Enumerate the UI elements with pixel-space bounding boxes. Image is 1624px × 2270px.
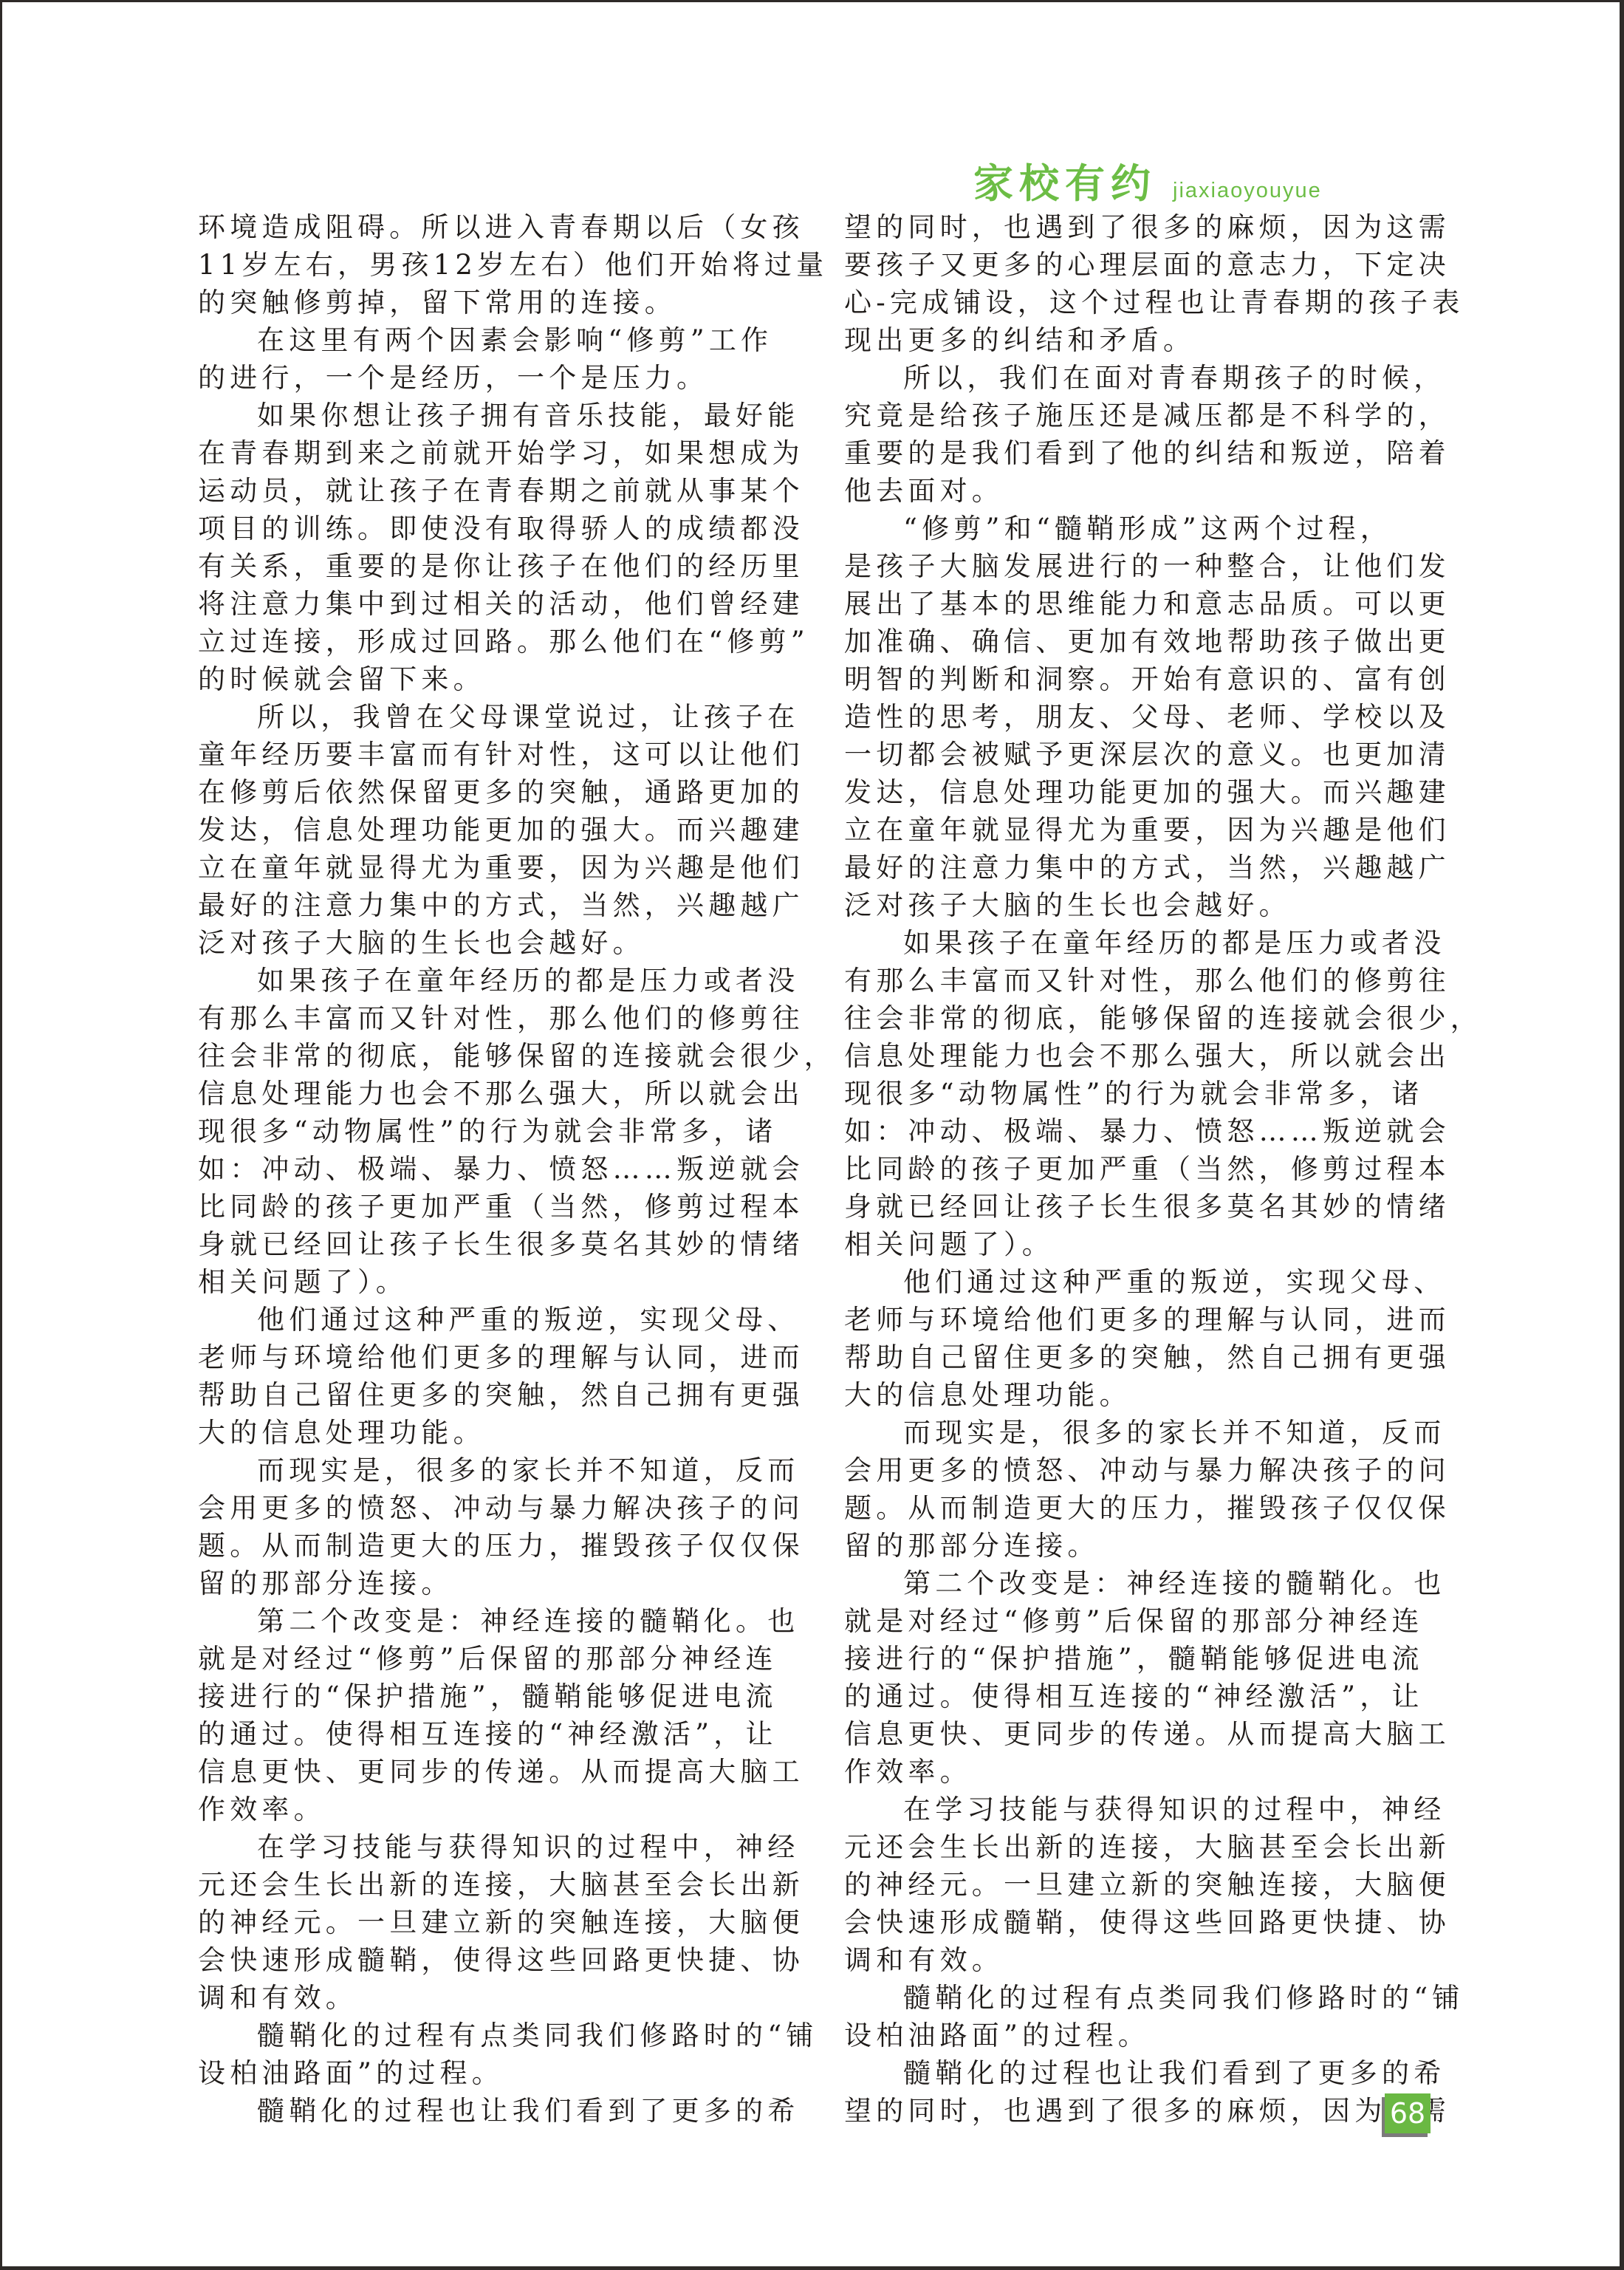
text-line: 的神经元。一旦建立新的突触连接，大脑便 <box>198 1904 778 1941</box>
text-line: 大的信息处理功能。 <box>844 1376 1425 1414</box>
section-title-pinyin: jiaxiaoyouyue <box>1173 179 1322 203</box>
text-line: 髓鞘化的过程有点类同我们修路时的“铺 <box>198 2017 778 2054</box>
text-line: 设柏油路面”的过程。 <box>844 2017 1425 2054</box>
text-line: 明智的判断和洞察。开始有意识的、富有创 <box>844 660 1425 698</box>
text-line: 帮助自己留住更多的突触，然自己拥有更强 <box>198 1376 778 1414</box>
text-line: 身就已经回让孩子长生很多莫名其妙的情绪 <box>198 1225 778 1263</box>
text-line: 第二个改变是：神经连接的髓鞘化。也 <box>844 1565 1425 1602</box>
text-line: 现很多“动物属性”的行为就会非常多，诸 <box>844 1075 1425 1112</box>
text-line: 在修剪后依然保留更多的突触，通路更加的 <box>198 773 778 811</box>
text-line: 会用更多的愤怒、冲动与暴力解决孩子的问 <box>844 1452 1425 1489</box>
text-line: 髓鞘化的过程也让我们看到了更多的希 <box>844 2054 1425 2092</box>
text-line: 髓鞘化的过程也让我们看到了更多的希 <box>198 2092 778 2130</box>
text-line: 他们通过这种严重的叛逆，实现父母、 <box>844 1263 1425 1301</box>
text-line: 如果孩子在童年经历的都是压力或者没 <box>844 924 1425 962</box>
text-line: 的突触修剪掉，留下常用的连接。 <box>198 284 778 321</box>
text-line: 的进行，一个是经历，一个是压力。 <box>198 359 778 397</box>
text-line: 望的同时，也遇到了很多的麻烦，因为这需 <box>844 208 1425 246</box>
text-line: 相关问题了）。 <box>198 1263 778 1301</box>
page-number-badge: 68 <box>1385 2093 1431 2133</box>
text-line: “修剪”和“髓鞘形成”这两个过程， <box>844 510 1425 547</box>
text-line: 会快速形成髓鞘，使得这些回路更快捷、协 <box>844 1904 1425 1941</box>
text-line: 信息处理能力也会不那么强大，所以就会出 <box>198 1075 778 1112</box>
text-line: 造性的思考，朋友、父母、老师、学校以及 <box>844 698 1425 736</box>
text-line: 加准确、确信、更加有效地帮助孩子做出更 <box>844 623 1425 660</box>
article-column-right: 望的同时，也遇到了很多的麻烦，因为这需要孩子又更多的心理层面的意志力，下定决心-… <box>844 208 1425 2130</box>
section-header: 家校有约 jiaxiaoyouyue <box>973 152 1322 209</box>
text-line: 如果你想让孩子拥有音乐技能，最好能 <box>198 397 778 434</box>
text-line: 最好的注意力集中的方式，当然，兴趣越广 <box>844 849 1425 886</box>
text-line: 而现实是，很多的家长并不知道，反而 <box>844 1414 1425 1452</box>
text-line: 信息更快、更同步的传递。从而提高大脑工 <box>198 1753 778 1791</box>
text-line: 留的那部分连接。 <box>198 1565 778 1602</box>
text-line: 老师与环境给他们更多的理解与认同，进而 <box>844 1301 1425 1339</box>
text-line: 的时候就会留下来。 <box>198 660 778 698</box>
text-line: 的通过。使得相互连接的“神经激活”，让 <box>844 1678 1425 1715</box>
text-line: 往会非常的彻底，能够保留的连接就会很少， <box>844 999 1425 1037</box>
text-line: 发达，信息处理功能更加的强大。而兴趣建 <box>844 773 1425 811</box>
text-line: 的通过。使得相互连接的“神经激活”，让 <box>198 1715 778 1753</box>
text-line: 现很多“动物属性”的行为就会非常多，诸 <box>198 1112 778 1150</box>
text-line: 所以，我们在面对青春期孩子的时候， <box>844 359 1425 397</box>
text-line: 立在童年就显得尤为重要，因为兴趣是他们 <box>198 849 778 886</box>
text-line: 往会非常的彻底，能够保留的连接就会很少， <box>198 1037 778 1075</box>
section-title: 家校有约 <box>973 152 1157 209</box>
text-line: 在青春期到来之前就开始学习，如果想成为 <box>198 434 778 472</box>
text-line: 比同龄的孩子更加严重（当然，修剪过程本 <box>198 1188 778 1225</box>
text-line: 髓鞘化的过程有点类同我们修路时的“铺 <box>844 1979 1425 2017</box>
text-line: 会用更多的愤怒、冲动与暴力解决孩子的问 <box>198 1489 778 1527</box>
text-line: 一切都会被赋予更深层次的意义。也更加清 <box>844 736 1425 773</box>
text-line: 留的那部分连接。 <box>844 1527 1425 1565</box>
text-line: 如：冲动、极端、暴力、愤怒……叛逆就会 <box>844 1112 1425 1150</box>
text-line: 泛对孩子大脑的生长也会越好。 <box>844 886 1425 924</box>
text-line: 作效率。 <box>198 1791 778 1828</box>
text-line: 信息处理能力也会不那么强大，所以就会出 <box>844 1037 1425 1075</box>
text-line: 望的同时，也遇到了很多的麻烦，因为这需 <box>844 2092 1425 2130</box>
text-line: 设柏油路面”的过程。 <box>198 2054 778 2092</box>
text-line: 立过连接，形成过回路。那么他们在“修剪” <box>198 623 778 660</box>
text-line: 心-完成铺设，这个过程也让青春期的孩子表 <box>844 284 1425 321</box>
text-line: 会快速形成髓鞘，使得这些回路更快捷、协 <box>198 1941 778 1979</box>
text-line: 立在童年就显得尤为重要，因为兴趣是他们 <box>844 811 1425 849</box>
text-line: 老师与环境给他们更多的理解与认同，进而 <box>198 1339 778 1376</box>
text-line: 元还会生长出新的连接，大脑甚至会长出新 <box>198 1866 778 1904</box>
text-line: 第二个改变是：神经连接的髓鞘化。也 <box>198 1602 778 1640</box>
text-line: 题。从而制造更大的压力，摧毁孩子仅仅保 <box>198 1527 778 1565</box>
text-line: 调和有效。 <box>844 1941 1425 1979</box>
text-line: 而现实是，很多的家长并不知道，反而 <box>198 1452 778 1489</box>
text-line: 有关系，重要的是你让孩子在他们的经历里 <box>198 547 778 585</box>
text-line: 信息更快、更同步的传递。从而提高大脑工 <box>844 1715 1425 1753</box>
text-line: 接进行的“保护措施”，髓鞘能够促进电流 <box>844 1640 1425 1678</box>
text-line: 如果孩子在童年经历的都是压力或者没 <box>198 962 778 999</box>
text-line: 如：冲动、极端、暴力、愤怒……叛逆就会 <box>198 1150 778 1188</box>
text-line: 所以，我曾在父母课堂说过，让孩子在 <box>198 698 778 736</box>
text-line: 运动员，就让孩子在青春期之前就从事某个 <box>198 472 778 510</box>
text-line: 童年经历要丰富而有针对性，这可以让他们 <box>198 736 778 773</box>
text-line: 将注意力集中到过相关的活动，他们曾经建 <box>198 585 778 623</box>
text-line: 是孩子大脑发展进行的一种整合，让他们发 <box>844 547 1425 585</box>
text-line: 究竟是给孩子施压还是减压都是不科学的， <box>844 397 1425 434</box>
text-line: 环境造成阻碍。所以进入青春期以后（女孩 <box>198 208 778 246</box>
text-line: 就是对经过“修剪”后保留的那部分神经连 <box>198 1640 778 1678</box>
text-line: 就是对经过“修剪”后保留的那部分神经连 <box>844 1602 1425 1640</box>
text-line: 展出了基本的思维能力和意志品质。可以更 <box>844 585 1425 623</box>
text-line: 11岁左右，男孩12岁左右）他们开始将过量 <box>198 246 778 284</box>
text-line: 有那么丰富而又针对性，那么他们的修剪往 <box>844 962 1425 999</box>
text-line: 比同龄的孩子更加严重（当然，修剪过程本 <box>844 1150 1425 1188</box>
text-line: 的神经元。一旦建立新的突触连接，大脑便 <box>844 1866 1425 1904</box>
text-line: 元还会生长出新的连接，大脑甚至会长出新 <box>844 1828 1425 1866</box>
text-line: 他们通过这种严重的叛逆，实现父母、 <box>198 1301 778 1339</box>
text-line: 相关问题了）。 <box>844 1225 1425 1263</box>
text-line: 他去面对。 <box>844 472 1425 510</box>
text-line: 在这里有两个因素会影响“修剪”工作 <box>198 321 778 359</box>
text-line: 现出更多的纠结和矛盾。 <box>844 321 1425 359</box>
text-line: 调和有效。 <box>198 1979 778 2017</box>
text-line: 作效率。 <box>844 1753 1425 1791</box>
text-line: 要孩子又更多的心理层面的意志力，下定决 <box>844 246 1425 284</box>
text-line: 重要的是我们看到了他的纠结和叛逆，陪着 <box>844 434 1425 472</box>
text-line: 大的信息处理功能。 <box>198 1414 778 1452</box>
text-line: 身就已经回让孩子长生很多莫名其妙的情绪 <box>844 1188 1425 1225</box>
text-line: 项目的训练。即使没有取得骄人的成绩都没 <box>198 510 778 547</box>
article-column-left: 环境造成阻碍。所以进入青春期以后（女孩11岁左右，男孩12岁左右）他们开始将过量… <box>198 208 778 2130</box>
text-line: 发达，信息处理功能更加的强大。而兴趣建 <box>198 811 778 849</box>
text-line: 最好的注意力集中的方式，当然，兴趣越广 <box>198 886 778 924</box>
text-line: 有那么丰富而又针对性，那么他们的修剪往 <box>198 999 778 1037</box>
text-line: 题。从而制造更大的压力，摧毁孩子仅仅保 <box>844 1489 1425 1527</box>
text-line: 泛对孩子大脑的生长也会越好。 <box>198 924 778 962</box>
text-line: 在学习技能与获得知识的过程中，神经 <box>198 1828 778 1866</box>
text-line: 在学习技能与获得知识的过程中，神经 <box>844 1791 1425 1828</box>
text-line: 接进行的“保护措施”，髓鞘能够促进电流 <box>198 1678 778 1715</box>
text-line: 帮助自己留住更多的突触，然自己拥有更强 <box>844 1339 1425 1376</box>
